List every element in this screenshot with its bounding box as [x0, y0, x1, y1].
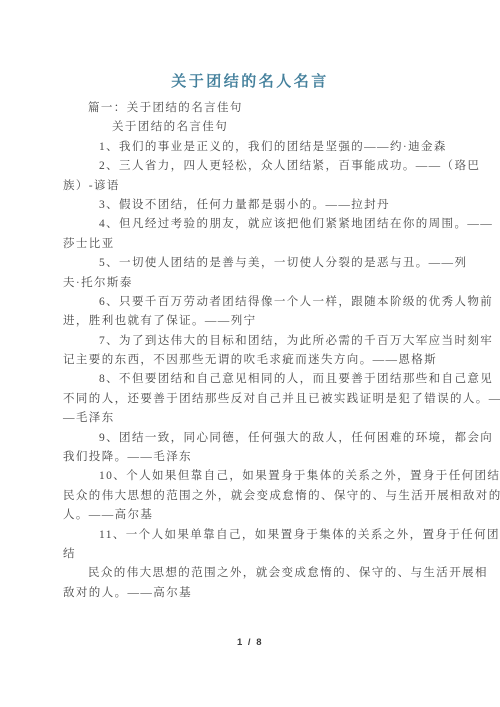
text-line: 7、为了到达伟大的目标和团结，为此所必需的千百万大军应当时刻牢	[63, 332, 439, 351]
text-line: 11、一个人如果单靠自己，如果置身于集体的关系之外，置身于任何团	[63, 526, 439, 545]
text-line: 结	[63, 545, 439, 564]
text-line: 4、但凡经过考验的朋友，就应该把他们紧紧地团结在你的周围。——	[63, 215, 439, 234]
text-line: —毛泽东	[63, 409, 439, 428]
text-line: 民众的伟大思想的范围之外，就会变成怠惰的、保守的、与生活开展相敌对的	[63, 487, 439, 506]
text-line: 敌对的人。——高尔基	[63, 584, 439, 603]
text-line: 族）-谚语	[63, 177, 439, 196]
document-title: 关于团结的名人名言	[0, 70, 500, 91]
text-line: 莎士比亚	[63, 235, 439, 254]
text-line: 6、只要千百万劳动者团结得像一个人一样，跟随本阶级的优秀人物前	[63, 293, 439, 312]
document-body: 篇一：关于团结的名言佳句 关于团结的名言佳句 1、我们的事业是正义的，我们的团结…	[63, 99, 439, 603]
document-page: 关于团结的名人名言 篇一：关于团结的名言佳句 关于团结的名言佳句 1、我们的事业…	[0, 0, 500, 707]
text-line: 不同的人，还要善于团结那些反对自己并且已被实践证明是犯了错误的人。—	[63, 390, 439, 409]
page-number: 1 / 8	[0, 637, 500, 648]
text-line: 10、个人如果但靠自己，如果置身于集体的关系之外，置身于任何团结	[63, 467, 439, 486]
text-line: 夫·托尔斯泰	[63, 274, 439, 293]
text-line: 人。——高尔基	[63, 506, 439, 525]
text-line: 3、假设不团结，任何力量都是弱小的。——拉封丹	[63, 196, 439, 215]
text-line: 8、不但要团结和自己意见相同的人，而且要善于团结那些和自己意见	[63, 370, 439, 389]
text-line: 9、团结一致，同心同德，任何强大的敌人，任何困难的环境，都会向	[63, 429, 439, 448]
text-line: 2、三人省力，四人更轻松，众人团结紧，百事能成功。——（珞巴	[63, 157, 439, 176]
text-line: 民众的伟大思想的范围之外，就会变成怠惰的、保守的、与生活开展相	[63, 564, 439, 583]
text-line: 进，胜利也就有了保证。——列宁	[63, 312, 439, 331]
text-line: 篇一：关于团结的名言佳句	[63, 99, 439, 118]
text-line: 5、一切使人团结的是善与美，一切使人分裂的是恶与丑。——列	[63, 254, 439, 273]
text-line: 1、我们的事业是正义的，我们的团结是坚强的——约·迪金森	[63, 138, 439, 157]
text-line: 记主要的东西，不因那些无谓的吹毛求疵而迷失方向。——恩格斯	[63, 351, 439, 370]
text-line: 我们投降。——毛泽东	[63, 448, 439, 467]
text-line: 关于团结的名言佳句	[63, 118, 439, 137]
